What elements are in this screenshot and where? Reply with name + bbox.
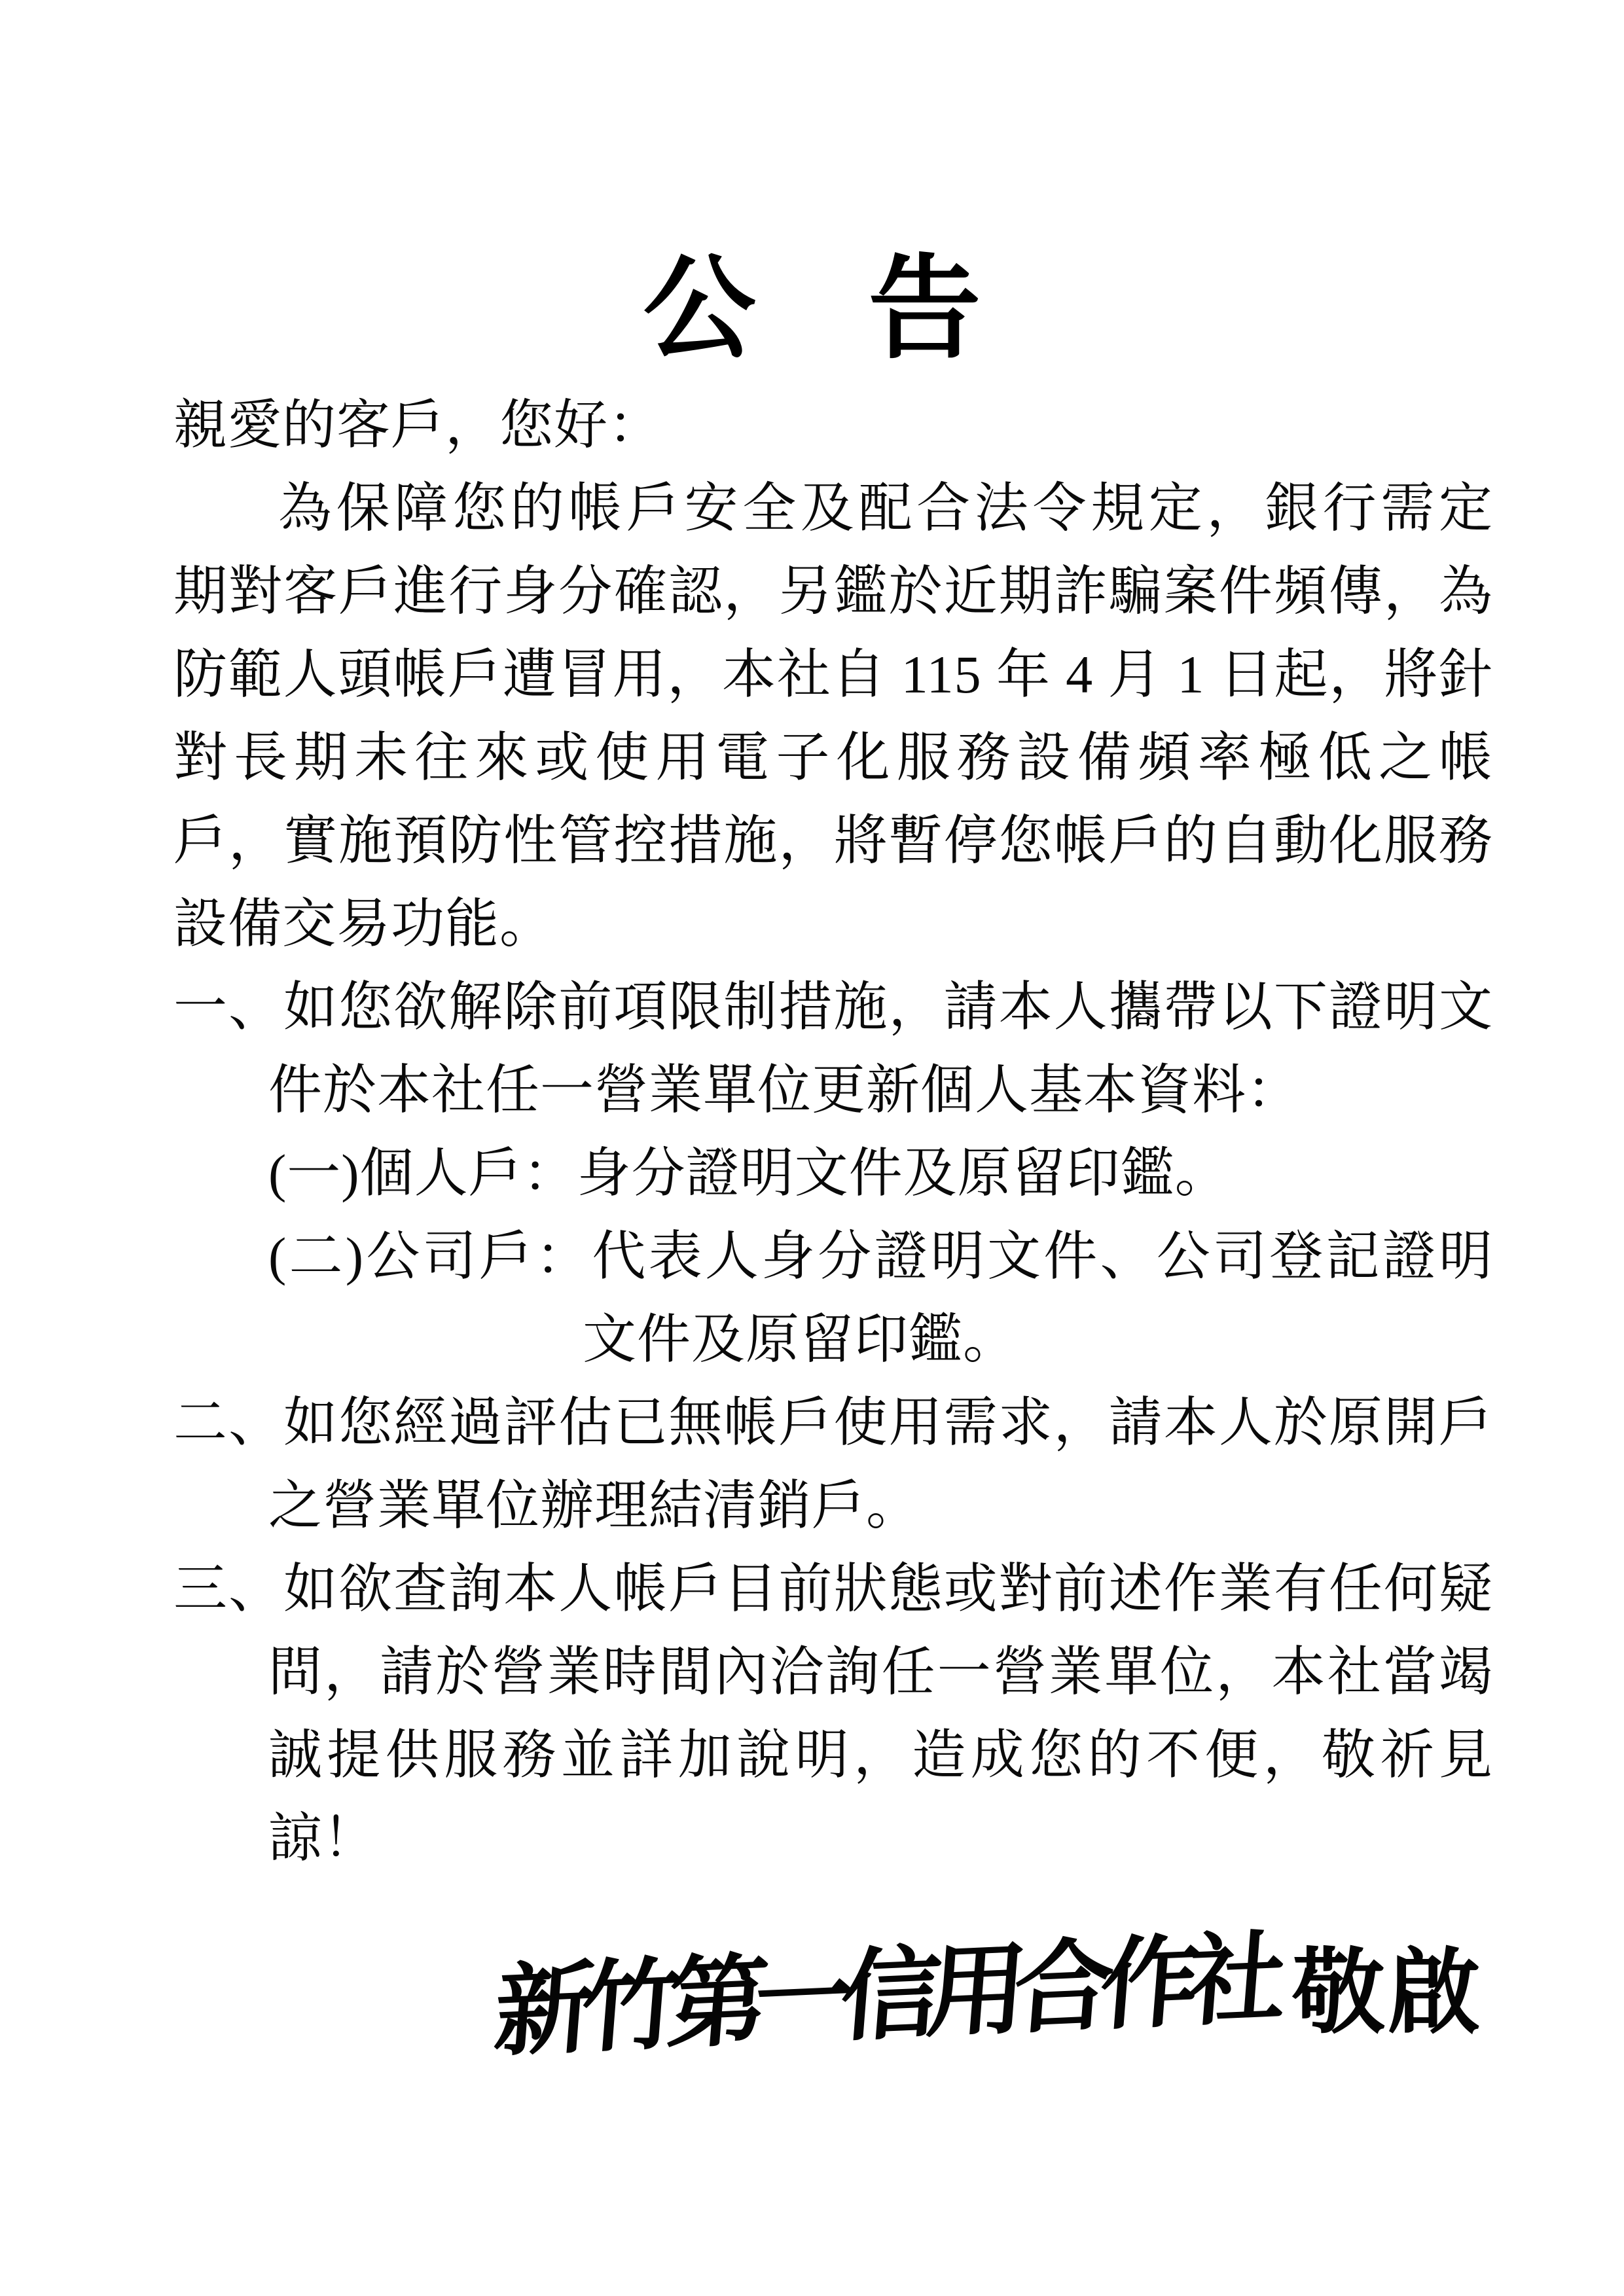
signature-closing: 敬啟	[1292, 1921, 1483, 2065]
doc-line: 件於本社任一營業單位更新個人基本資料：	[173, 1049, 1493, 1132]
page-title: 公 告	[0, 254, 1624, 367]
doc-line: 三、如欲查詢本人帳戶目前狀態或對前述作業有任何疑	[173, 1547, 1493, 1630]
doc-line: 對長期未往來或使用電子化服務設備頻率極低之帳	[173, 716, 1493, 799]
doc-line: 期對客戶進行身分確認，另鑑於近期詐騙案件頻傳，為	[173, 550, 1493, 633]
doc-line: 諒！	[173, 1797, 1493, 1880]
announcement-page: 公 告 親愛的客戶，您好： 為保障您的帳戶安全及配合法令規定，銀行需定 期對客戶…	[0, 0, 1624, 2296]
doc-line: 之營業單位辦理結清銷戶。	[173, 1464, 1493, 1547]
signature: 新竹第一信用合作社敬啟	[0, 1921, 1624, 2068]
announcement-body: 親愛的客戶，您好： 為保障您的帳戶安全及配合法令規定，銀行需定 期對客戶進行身分…	[0, 384, 1624, 1880]
doc-line: 為保障您的帳戶安全及配合法令規定，銀行需定	[173, 467, 1493, 550]
doc-line: 一、如您欲解除前項限制措施，請本人攜帶以下證明文	[173, 965, 1493, 1049]
signature-name: 新竹第一信用合作社	[489, 1907, 1278, 2085]
doc-line: 戶，實施預防性管控措施，將暫停您帳戶的自動化服務	[173, 799, 1493, 882]
doc-line: 誠提供服務並詳加說明，造成您的不便，敬祈見	[173, 1713, 1493, 1797]
doc-line: 設備交易功能。	[173, 882, 1493, 965]
doc-line: 親愛的客戶，您好：	[173, 384, 1493, 467]
doc-line: (二)公司戶：代表人身分證明文件、公司登記證明	[173, 1215, 1493, 1298]
doc-line: 文件及原留印鑑。	[173, 1298, 1493, 1381]
doc-line: 二、如您經過評估已無帳戶使用需求，請本人於原開戶	[173, 1381, 1493, 1464]
doc-line: 問，請於營業時間內洽詢任一營業單位，本社當竭	[173, 1630, 1493, 1713]
doc-line: 防範人頭帳戶遭冒用，本社自 115 年 4 月 1 日起，將針	[173, 633, 1493, 716]
doc-line: (一)個人戶：身分證明文件及原留印鑑。	[173, 1132, 1493, 1215]
